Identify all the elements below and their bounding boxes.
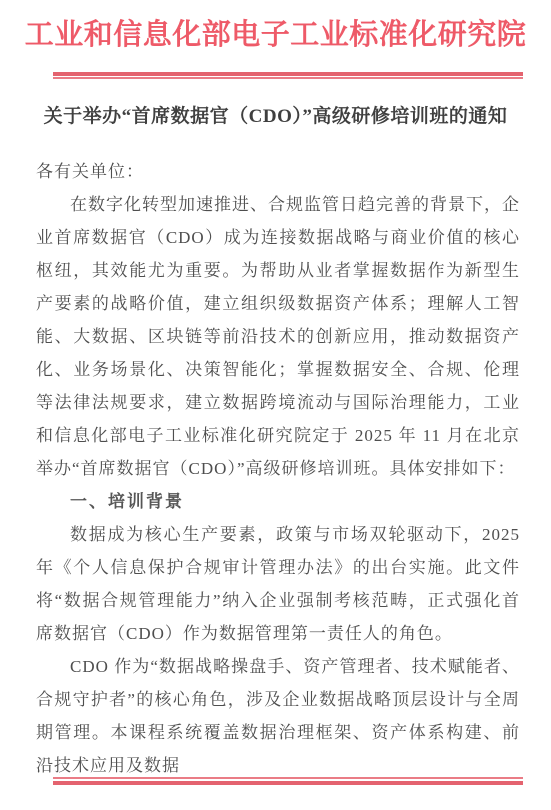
letterhead-org-name: 工业和信息化部电子工业标准化研究院: [0, 12, 551, 53]
intro-paragraph: 在数字化转型加速推进、合规监管日趋完善的背景下，企业首席数据官（CDO）成为连接…: [36, 188, 520, 485]
document-title: 关于举办“首席数据官（CDO）”高级研修培训班的通知: [0, 101, 551, 128]
footer-red-rule: [53, 777, 523, 785]
section1-paragraph-2: CDO 作为“数据战略操盘手、资产管理者、技术赋能者、合规守护者”的核心角色，涉…: [36, 650, 520, 782]
section1-heading: 一、培训背景: [36, 485, 520, 518]
header-red-rule: [53, 72, 523, 79]
salutation: 各有关单位：: [36, 155, 520, 188]
document-body: 各有关单位： 在数字化转型加速推进、合规监管日趋完善的背景下，企业首席数据官（C…: [36, 155, 520, 782]
section1-paragraph-1: 数据成为核心生产要素，政策与市场双轮驱动下，2025 年《个人信息保护合规审计管…: [36, 518, 520, 650]
notice-document-page: 工业和信息化部电子工业标准化研究院 关于举办“首席数据官（CDO）”高级研修培训…: [0, 0, 551, 810]
